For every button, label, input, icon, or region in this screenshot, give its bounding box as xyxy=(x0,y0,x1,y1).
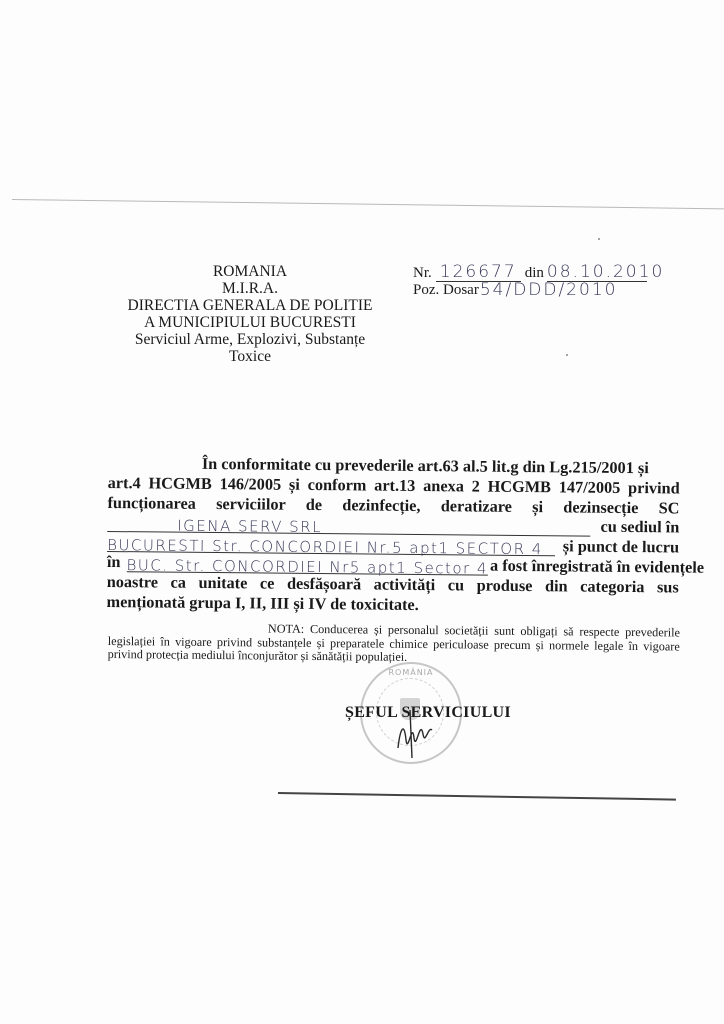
workpoint-label: și punct de lucru xyxy=(555,536,679,557)
company-name-blank: IGENA SERV SRL xyxy=(107,513,590,537)
registered-text: a fost înregistrată în evidențele xyxy=(488,556,704,578)
header-service-cont: Toxice xyxy=(100,348,400,365)
certificate-body: În conformitate cu prevederile art.63 al… xyxy=(106,453,679,617)
header-ministry: M.I.R.A. xyxy=(100,280,400,297)
stamp-text: ROMÂNIA xyxy=(362,668,460,677)
bottom-rule xyxy=(278,792,676,800)
company-name-line: IGENA SERV SRL cu sediul în xyxy=(107,512,679,537)
scan-speck xyxy=(566,354,568,356)
header-municipality: A MUNICIPIULUI BUCURESTI xyxy=(100,314,400,331)
header-service: Serviciul Arme, Explozivi, Substanțe xyxy=(100,331,400,348)
header-directorate: DIRECTIA GENERALA DE POLITIE xyxy=(100,297,400,314)
seat-address-blank: BUCURESTI Str. CONCORDIEI Nr.5 apt1 SECT… xyxy=(107,533,555,556)
header-country: ROMANIA xyxy=(100,263,400,280)
in-label: în xyxy=(107,552,127,572)
reference-block: Nr. 126677 din 08.10.2010 Poz. Dosar 54/… xyxy=(413,264,703,299)
nota-paragraph: NOTA: Conducerea și personalul societăți… xyxy=(108,621,680,667)
top-fold-line xyxy=(12,199,724,209)
nr-label: Nr. xyxy=(413,265,432,282)
dosar-label: Poz. Dosar xyxy=(413,282,479,299)
seat-address-line: BUCURESTI Str. CONCORDIEI Nr.5 apt1 SECT… xyxy=(107,532,679,557)
scan-speck xyxy=(598,238,600,240)
nota-text: NOTA: Conducerea și personalul societăți… xyxy=(108,620,680,664)
company-name: IGENA SERV SRL xyxy=(107,516,322,536)
dosar-line: Poz. Dosar 54/DDD/2010 xyxy=(413,282,703,299)
dosar-value: 54/DDD/2010 xyxy=(480,282,600,299)
signature-icon xyxy=(390,700,440,760)
issuer-header: ROMANIA M.I.R.A. DIRECTIA GENERALA DE PO… xyxy=(100,263,400,365)
workpoint-address: BUC. Str. CONCORDIEI Nr5 apt1 Sector 4 xyxy=(126,556,488,577)
seat-label: cu sediul în xyxy=(590,517,679,538)
